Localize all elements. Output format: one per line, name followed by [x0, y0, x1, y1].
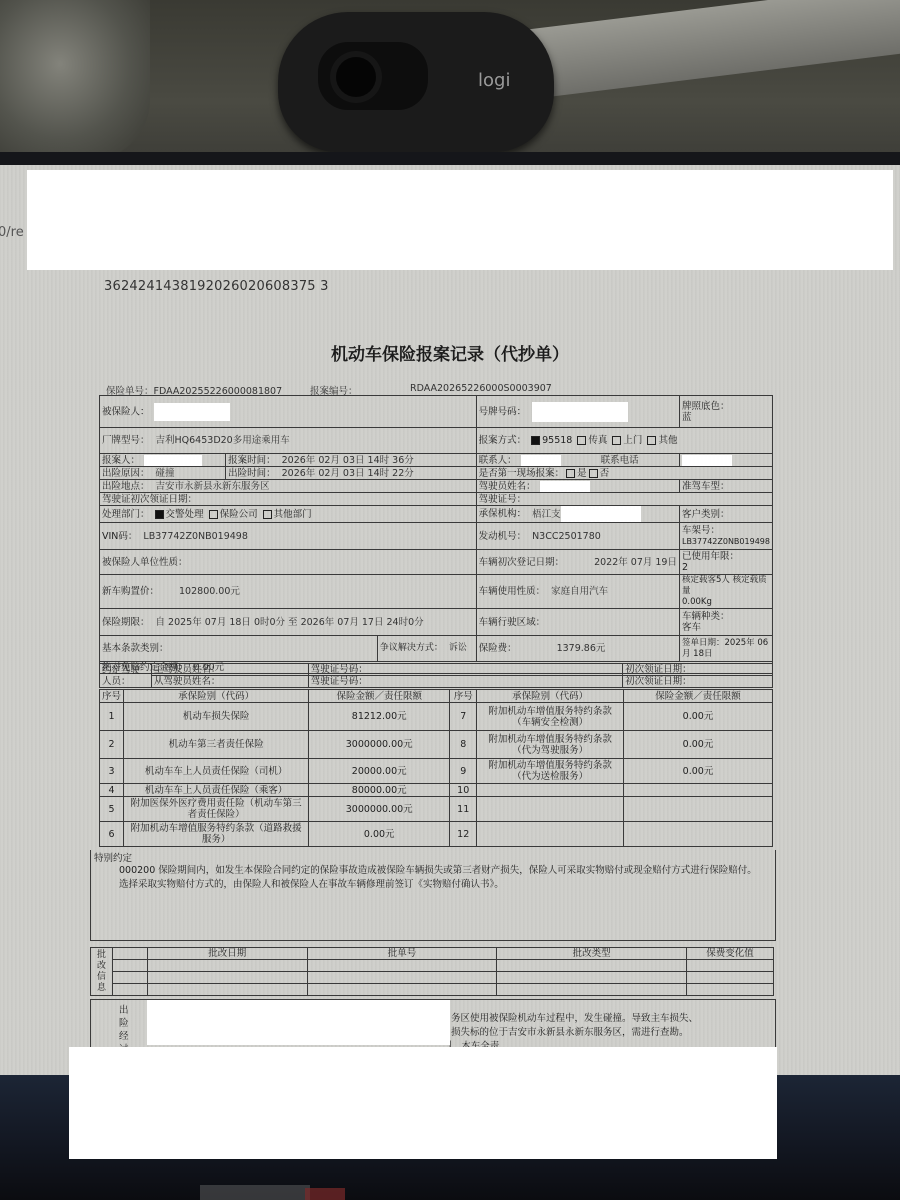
coverage-no: 2 — [100, 731, 124, 759]
underwriter-cell: 承保机构：梧江支 — [476, 506, 679, 523]
coverage-no: 7 — [450, 703, 477, 731]
coverage-amount: 3000000.00元 — [309, 731, 450, 759]
coverage-amount: 0.00元 — [624, 759, 773, 784]
contact-cell: 联系人：联系电话 — [476, 454, 679, 467]
coverage-amount: 3000000.00元 — [309, 797, 450, 822]
sub-license-label: 驾驶证号码： — [308, 676, 622, 688]
coverage-no: 6 — [100, 822, 124, 847]
webcam-brand: logi — [478, 70, 510, 91]
coverage-amount: 0.00元 — [624, 731, 773, 759]
coverage-amount — [624, 784, 773, 797]
coverage-name: 机动车损失保险 — [124, 703, 309, 731]
coverage-no: 8 — [450, 731, 477, 759]
report-time-cell: 报案时间：2026年 02月 03日 14时 36分 — [226, 454, 476, 467]
url-fragment: 0/re — [0, 225, 24, 240]
plate-color-cell: 牌照底色：蓝 — [679, 396, 772, 428]
report-number: RDAA20265226000S0003907 — [410, 383, 552, 394]
designated-driver-table: 约定驾驶人员： 主驾驶员姓名： 驾驶证号码： 初次领证日期： 从驾驶员姓名： 驾… — [99, 663, 773, 688]
coverage-name: 附加机动车增值服务特约条款（车辆安全检测） — [477, 703, 624, 731]
redaction-accident — [147, 1000, 450, 1045]
special-terms-label: 特别约定 — [91, 850, 775, 864]
endorsement-table: 批改信息 批改日期 批单号 批改类型 保费变化值 — [90, 947, 774, 996]
years-used-cell: 已使用年限：2 — [679, 550, 772, 575]
coverage-name — [477, 797, 624, 822]
seats-load-cell: 核定载客5人 核定载质量0.00Kg — [679, 575, 772, 609]
coverage-no: 4 — [100, 784, 124, 797]
main-first-issue-label: 初次领证日期： — [623, 664, 773, 676]
main-license-label: 驾驶证号码： — [308, 664, 622, 676]
usage-cell: 车辆使用性质：家庭自用汽车 — [476, 575, 679, 609]
coverage-name: 附加机动车增值服务特约条款（代为驾驶服务） — [477, 731, 624, 759]
contact-phone-cell — [679, 454, 772, 467]
accident-time-cell: 出险时间：2026年 02月 03日 14时 22分 — [226, 467, 476, 480]
coverage-amount: 20000.00元 — [309, 759, 450, 784]
frame-cell: 车架号：LB37742Z0NB019498 — [679, 523, 772, 550]
special-terms-box: 特别约定 000200 保险期间内，如发生本保险合同约定的保险事故造成被保险车辆… — [90, 850, 776, 941]
coverage-amount: 0.00元 — [624, 703, 773, 731]
model-cell: 厂牌型号：吉利HQ6453D20多用途乘用车 — [100, 428, 477, 454]
checkbox-visit — [612, 436, 621, 445]
clause-cell: 基本条款类别： — [100, 636, 378, 662]
document-serial: 3624241438192026020608375 3 — [104, 279, 329, 294]
license-no-cell: 驾驶证号： — [476, 493, 772, 506]
checkbox-fax — [577, 436, 586, 445]
period-cell: 保险期限：自 2025年 07月 18日 0时0分 至 2026年 07月 17… — [100, 609, 477, 636]
driver-name-cell: 驾驶员姓名： — [476, 480, 679, 493]
checkbox-other — [647, 436, 656, 445]
vin-cell: VIN码：LB37742Z0NB019498 — [100, 523, 477, 550]
redaction-top — [27, 170, 893, 270]
checkbox-95518 — [531, 436, 540, 445]
webcam: logi — [278, 12, 554, 152]
coverage-no: 11 — [450, 797, 477, 822]
coverage-amount — [624, 797, 773, 822]
coverage-name: 附加医保外医疗费用责任险（机动车第三者责任保险） — [124, 797, 309, 822]
coverage-no: 1 — [100, 703, 124, 731]
main-driver-label: 主驾驶员姓名： — [151, 664, 308, 676]
coverage-row: 6附加机动车增值服务特约条款（道路救援服务）0.00元12 — [100, 822, 773, 847]
redaction-bottom — [69, 1047, 777, 1159]
special-terms-text: 000200 保险期间内，如发生本保险合同约定的保险事故造成被保险车辆损失或第三… — [91, 864, 775, 892]
sub-first-issue-label: 初次领证日期： — [623, 676, 773, 688]
report-form-table: 被保险人： 号牌号码： 牌照底色：蓝 厂牌型号：吉利HQ6453D20多用途乘用… — [99, 395, 773, 674]
license-date-cell: 驾驶证初次领证日期： — [100, 493, 477, 506]
coverage-name: 机动车第三者责任保险 — [124, 731, 309, 759]
first-scene-cell: 是否第一现场报案：是否 — [476, 467, 772, 480]
coverage-no: 9 — [450, 759, 477, 784]
plant — [0, 0, 150, 160]
coverage-no: 10 — [450, 784, 477, 797]
coverage-row: 2机动车第三者责任保险3000000.00元8附加机动车增值服务特约条款（代为驾… — [100, 731, 773, 759]
coverage-amount: 0.00元 — [309, 822, 450, 847]
accident-desc-line1: 务区使用被保险机动车过程中，发生碰撞。导致主车损失、 — [451, 1012, 698, 1026]
coverage-name: 机动车车上人员责任保险（乘客） — [124, 784, 309, 797]
vehicle-type-cell: 车辆种类：客车 — [679, 609, 772, 636]
coverage-table: 序号 承保险别（代码） 保险金额／责任限额 序号 承保险别（代码） 保险金额／责… — [99, 689, 773, 847]
monitor-logo-accent — [305, 1188, 345, 1200]
coverage-row: 3机动车车上人员责任保险（司机）20000.00元9附加机动车增值服务特约条款（… — [100, 759, 773, 784]
insured-cell: 被保险人： — [100, 396, 477, 428]
coverage-row: 4机动车车上人员责任保险（乘客）80000.00元10 — [100, 784, 773, 797]
insured-nature-cell: 被保险人单位性质： — [100, 550, 477, 575]
premium-cell: 保险费：1379.86元 — [476, 636, 679, 662]
coverage-no: 12 — [450, 822, 477, 847]
coverage-amount — [624, 822, 773, 847]
coverage-row: 1机动车损失保险81212.00元7附加机动车增值服务特约条款（车辆安全检测）0… — [100, 703, 773, 731]
coverage-no: 3 — [100, 759, 124, 784]
license-type-cell: 准驾车型： — [679, 480, 772, 493]
endorse-label: 批改信息 — [91, 948, 113, 996]
sub-driver-label: 从驾驶员姓名： — [151, 676, 308, 688]
coverage-header-row: 序号 承保险别（代码） 保险金额／责任限额 序号 承保险别（代码） 保险金额／责… — [100, 690, 773, 703]
accident-desc-line2: 损失标的位于吉安市永新县永新东服务区，需进行查勘。 — [451, 1026, 698, 1040]
webcam-lens-icon — [318, 42, 428, 110]
report-method-cell: 报案方式： 95518 传真 上门 其他 — [476, 428, 772, 454]
monitor-logo — [200, 1185, 310, 1200]
dispute-cell: 争议解决方式：诉讼 — [377, 636, 476, 662]
plate-cell: 号牌号码： — [476, 396, 679, 428]
location-cell: 出险地点：吉安市永新县永新东服务区 — [100, 480, 477, 493]
first-reg-cell: 车辆初次登记日期：2022年 07月 19日 — [476, 550, 679, 575]
sign-date-cell: 签单日期：2025年 06月 18日 — [679, 636, 772, 662]
designated-label: 约定驾驶人员： — [100, 664, 152, 688]
coverage-amount: 81212.00元 — [309, 703, 450, 731]
coverage-amount: 80000.00元 — [309, 784, 450, 797]
coverage-name — [477, 784, 624, 797]
document-title: 机动车保险报案记录（代抄单） — [0, 340, 900, 365]
handling-cell: 处理部门： 交警处理 保险公司 其他部门 — [100, 506, 477, 523]
coverage-no: 5 — [100, 797, 124, 822]
engine-cell: 发动机号：N3CC2501780 — [476, 523, 679, 550]
cause-cell: 出险原因：碰撞 — [100, 467, 226, 480]
area-cell: 车辆行驶区域： — [476, 609, 679, 636]
coverage-name: 附加机动车增值服务特约条款（道路救援服务） — [124, 822, 309, 847]
coverage-name: 附加机动车增值服务特约条款（代为送检服务） — [477, 759, 624, 784]
coverage-name: 机动车车上人员责任保险（司机） — [124, 759, 309, 784]
new-price-cell: 新车购置价：102800.00元 — [100, 575, 477, 609]
reporter-cell: 报案人： — [100, 454, 226, 467]
coverage-name — [477, 822, 624, 847]
customer-type-cell: 客户类别： — [679, 506, 772, 523]
coverage-row: 5附加医保外医疗费用责任险（机动车第三者责任保险）3000000.00元11 — [100, 797, 773, 822]
